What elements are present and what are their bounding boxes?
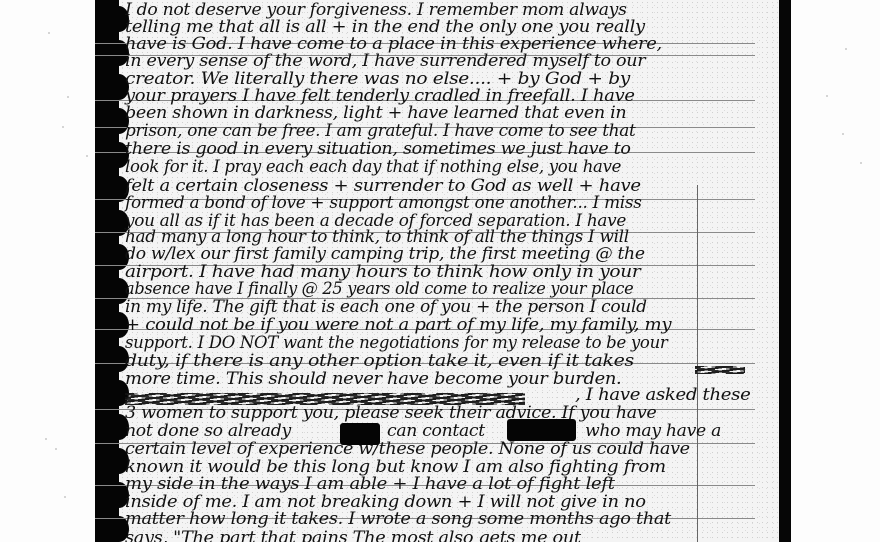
scan-speck bbox=[842, 133, 844, 135]
scan-speck bbox=[826, 95, 828, 97]
scan-speck bbox=[48, 32, 50, 34]
margin-vertical-line bbox=[697, 185, 698, 542]
letter-line: says, "The part that pains The most also… bbox=[125, 527, 581, 542]
scribbled-redaction bbox=[125, 393, 525, 405]
scan-speck bbox=[45, 438, 47, 440]
scan-speck bbox=[845, 48, 847, 50]
scribbled-word bbox=[695, 366, 745, 374]
scan-speck bbox=[62, 126, 64, 128]
letter-page: I do not deserve your forgiveness. I rem… bbox=[95, 0, 791, 542]
letter-line: more time. This should never have become… bbox=[125, 368, 621, 390]
scan-speck bbox=[64, 496, 66, 498]
redaction-box-2 bbox=[507, 419, 576, 441]
right-scan-border bbox=[779, 0, 791, 542]
scan-speck bbox=[55, 448, 57, 450]
scan-speck bbox=[860, 162, 862, 164]
scan-speck bbox=[67, 96, 69, 98]
scan-speck bbox=[86, 155, 88, 157]
redaction-box-1 bbox=[340, 423, 380, 445]
